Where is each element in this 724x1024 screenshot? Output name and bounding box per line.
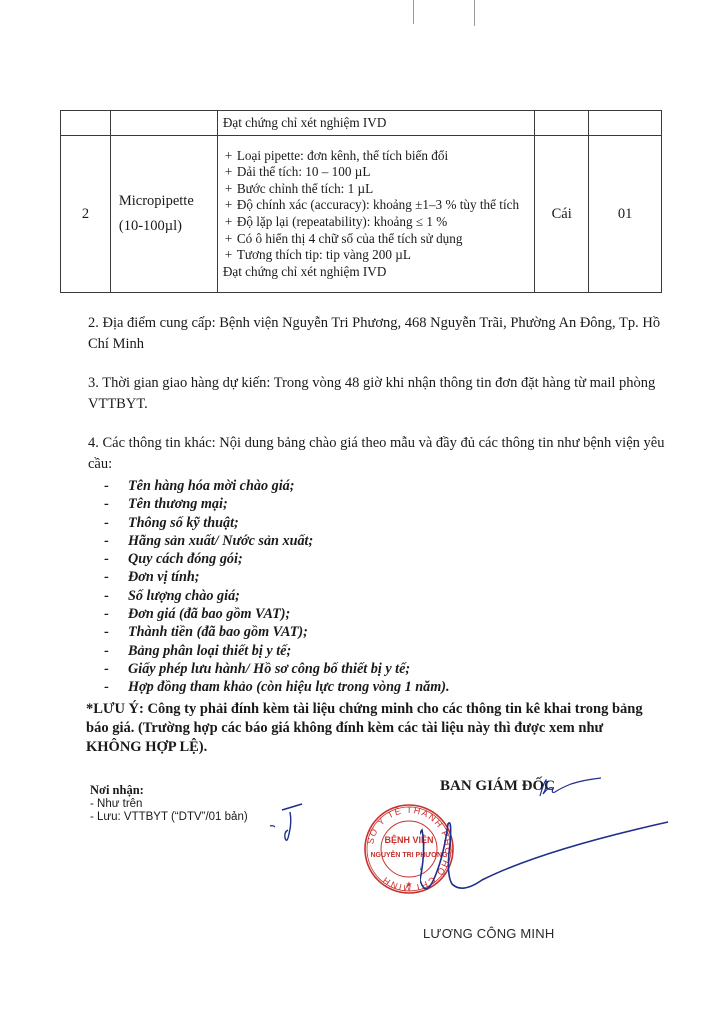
- requirement-text: Quy cách đóng gói;: [128, 550, 243, 568]
- note-paragraph: *LƯU Ý: Công ty phải đính kèm tài liệu c…: [86, 700, 646, 757]
- requirement-text: Hợp đồng tham khảo (còn hiệu lực trong v…: [128, 678, 450, 696]
- signer-name: LƯƠNG CÔNG MINH: [423, 926, 554, 941]
- spec-list: +Loại pipette: đơn kênh, thể tích biến đ…: [223, 148, 530, 264]
- requirement-item: -Tên thương mại;: [104, 495, 450, 513]
- delivery-time-paragraph: 3. Thời gian giao hàng dự kiến: Trong vò…: [88, 373, 668, 415]
- requirement-item: -Tên hàng hóa mời chào giá;: [104, 477, 450, 495]
- unit-cell: [535, 111, 589, 136]
- spec-item: +Độ chính xác (accuracy): khoảng ±1–3 % …: [223, 197, 530, 214]
- requirement-item: -Thông số kỹ thuật;: [104, 514, 450, 532]
- spec-item: +Loại pipette: đơn kênh, thể tích biến đ…: [223, 148, 530, 165]
- plus-bullet: +: [223, 247, 237, 264]
- spec-item: +Bước chỉnh thể tích: 1 µL: [223, 181, 530, 198]
- spec-item: +Độ lặp lại (repeatability): khoảng ≤ 1 …: [223, 214, 530, 231]
- requirement-text: Đơn giá (đã bao gồm VAT);: [128, 605, 290, 623]
- quantity-cell: [589, 111, 662, 136]
- requirement-item: -Thành tiền (đã bao gồm VAT);: [104, 623, 450, 641]
- description-cell: +Loại pipette: đơn kênh, thể tích biến đ…: [217, 136, 534, 293]
- spec-text: Tương thích tip: tip vàng 200 µL: [237, 247, 530, 264]
- plus-bullet: +: [223, 164, 237, 181]
- requirement-text: Số lượng chào giá;: [128, 587, 240, 605]
- requirement-text: Bảng phân loại thiết bị y tế;: [128, 642, 291, 660]
- recipient-line: - Lưu: VTTBYT (“DTV”/01 bản): [90, 811, 248, 825]
- requirement-item: -Đơn giá (đã bao gồm VAT);: [104, 605, 450, 623]
- handwritten-signature: [420, 820, 670, 900]
- plus-bullet: +: [223, 181, 237, 198]
- handwritten-initial: [536, 776, 606, 798]
- delivery-location-paragraph: 2. Địa điểm cung cấp: Bệnh viện Nguyễn T…: [88, 313, 668, 355]
- requirement-item: -Đơn vị tính;: [104, 568, 450, 586]
- spec-text: Có ô hiển thị 4 chữ số của thể tích sử d…: [237, 231, 530, 248]
- dash-bullet: -: [104, 660, 128, 678]
- spec-item: +Tương thích tip: tip vàng 200 µL: [223, 247, 530, 264]
- spec-text: Dải thể tích: 10 – 100 µL: [237, 164, 530, 181]
- other-info-paragraph: 4. Các thông tin khác: Nội dung bảng chà…: [88, 433, 668, 475]
- requirement-text: Thông số kỹ thuật;: [128, 514, 239, 532]
- spec-text: Loại pipette: đơn kênh, thể tích biến đổ…: [237, 148, 530, 165]
- requirement-item: -Quy cách đóng gói;: [104, 550, 450, 568]
- name-cell: [110, 111, 217, 136]
- requirement-item: -Số lượng chào giá;: [104, 587, 450, 605]
- unit-cell: Cái: [535, 136, 589, 293]
- certification-text: Đạt chứng chỉ xét nghiệm IVD: [223, 264, 530, 281]
- dash-bullet: -: [104, 605, 128, 623]
- dash-bullet: -: [104, 568, 128, 586]
- requirement-item: -Giấy phép lưu hành/ Hồ sơ công bố thiết…: [104, 660, 450, 678]
- spec-text: Độ lặp lại (repeatability): khoảng ≤ 1 %: [237, 214, 530, 231]
- requirement-text: Thành tiền (đã bao gồm VAT);: [128, 623, 308, 641]
- plus-bullet: +: [223, 197, 237, 214]
- table-row: Đạt chứng chỉ xét nghiệm IVD: [61, 111, 662, 136]
- requirement-text: Tên hàng hóa mời chào giá;: [128, 477, 294, 495]
- item-name: Micropipette: [119, 189, 217, 214]
- dash-bullet: -: [104, 495, 128, 513]
- scan-artifact-line: [474, 0, 475, 26]
- specification-table: Đạt chứng chỉ xét nghiệm IVD 2 Micropipe…: [60, 110, 662, 293]
- recipients-heading: Nơi nhận:: [90, 784, 248, 798]
- requirement-item: -Hợp đồng tham khảo (còn hiệu lực trong …: [104, 678, 450, 696]
- requirement-item: -Hãng sản xuất/ Nước sản xuất;: [104, 532, 450, 550]
- index-cell: 2: [61, 136, 111, 293]
- requirement-text: Giấy phép lưu hành/ Hồ sơ công bố thiết …: [128, 660, 410, 678]
- plus-bullet: +: [223, 231, 237, 248]
- index-cell: [61, 111, 111, 136]
- dash-bullet: -: [104, 532, 128, 550]
- requirement-item: -Bảng phân loại thiết bị y tế;: [104, 642, 450, 660]
- requirement-text: Đơn vị tính;: [128, 568, 199, 586]
- quantity-cell: 01: [589, 136, 662, 293]
- dash-bullet: -: [104, 550, 128, 568]
- spec-item: +Có ô hiển thị 4 chữ số của thể tích sử …: [223, 231, 530, 248]
- name-cell: Micropipette (10-100µl): [110, 136, 217, 293]
- dash-bullet: -: [104, 587, 128, 605]
- requirement-text: Tên thương mại;: [128, 495, 228, 513]
- requirements-list: -Tên hàng hóa mời chào giá;-Tên thương m…: [104, 477, 450, 697]
- plus-bullet: +: [223, 148, 237, 165]
- dash-bullet: -: [104, 623, 128, 641]
- spec-text: Bước chỉnh thể tích: 1 µL: [237, 181, 530, 198]
- item-range: (10-100µl): [119, 214, 217, 239]
- handwritten-initial-mark: [268, 802, 308, 848]
- svg-text:★: ★: [405, 880, 412, 889]
- recipient-line: - Như trên: [90, 798, 248, 812]
- scan-artifact-line: [413, 0, 414, 24]
- table-row: 2 Micropipette (10-100µl) +Loại pipette:…: [61, 136, 662, 293]
- plus-bullet: +: [223, 214, 237, 231]
- requirement-text: Hãng sản xuất/ Nước sản xuất;: [128, 532, 313, 550]
- dash-bullet: -: [104, 514, 128, 532]
- description-cell: Đạt chứng chỉ xét nghiệm IVD: [217, 111, 534, 136]
- spec-text: Độ chính xác (accuracy): khoảng ±1–3 % t…: [237, 197, 530, 214]
- recipients-block: Nơi nhận: - Như trên - Lưu: VTTBYT (“DTV…: [90, 784, 248, 825]
- dash-bullet: -: [104, 678, 128, 696]
- dash-bullet: -: [104, 477, 128, 495]
- dash-bullet: -: [104, 642, 128, 660]
- spec-item: +Dải thể tích: 10 – 100 µL: [223, 164, 530, 181]
